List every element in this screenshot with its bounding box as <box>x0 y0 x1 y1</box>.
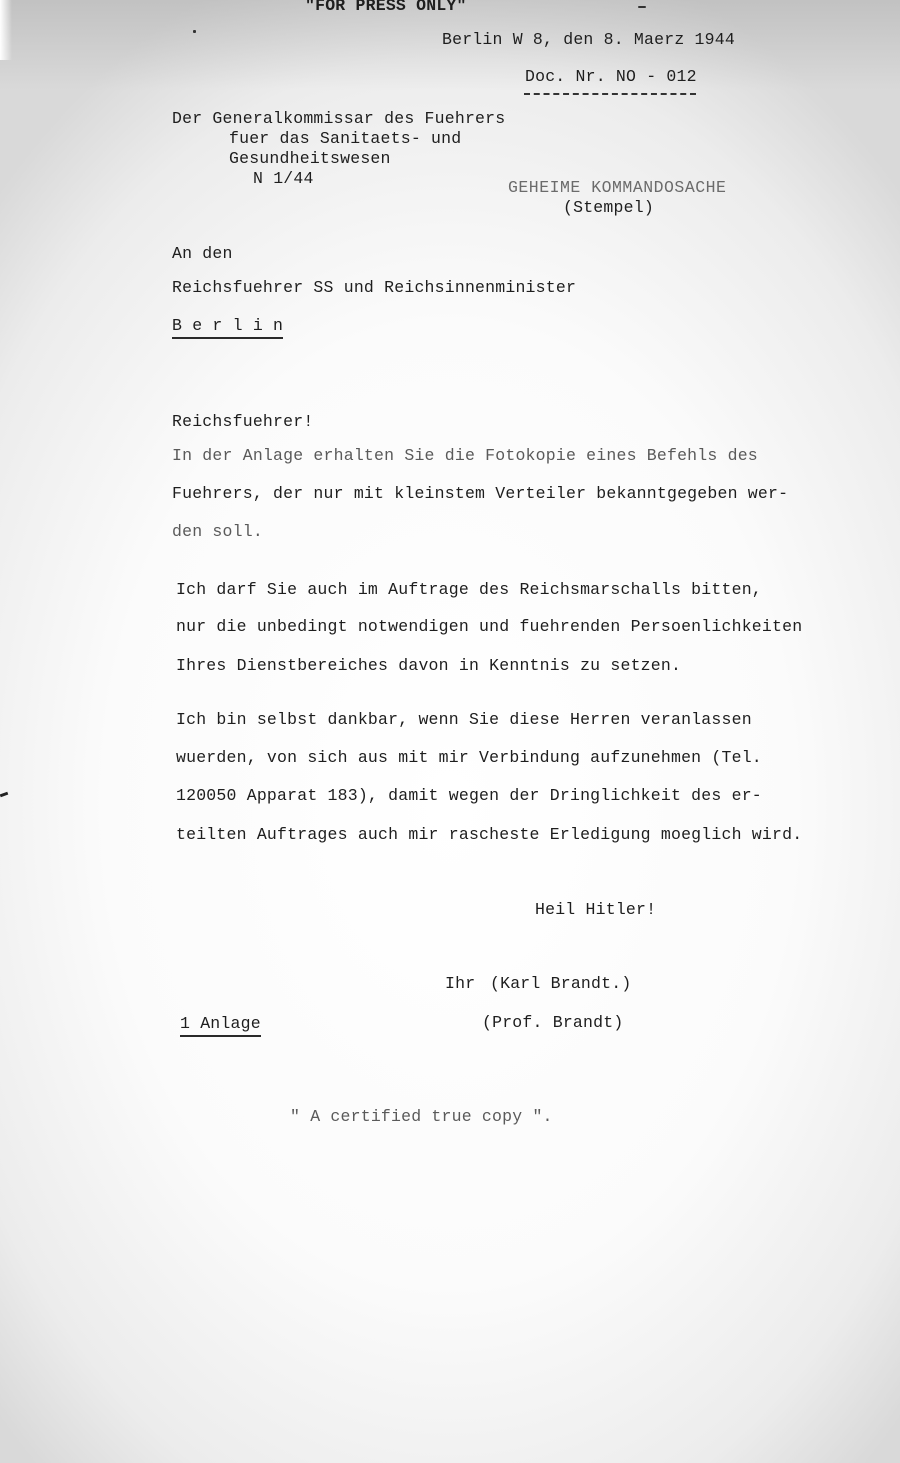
paragraph-1-line-3: den soll. <box>172 522 263 542</box>
enclosure-note: 1 Anlage <box>180 1014 261 1037</box>
paragraph-1-line-1: In der Anlage erhalten Sie die Fotokopie… <box>172 446 758 466</box>
paragraph-2-line-1: Ich darf Sie auch im Auftrage des Reichs… <box>176 580 762 600</box>
sender-line-1: Der Generalkommissar des Fuehrers <box>172 109 505 129</box>
certification-note: " A certified true copy ". <box>290 1107 553 1127</box>
paragraph-3-line-2: wuerden, von sich aus mit mir Verbindung… <box>176 748 762 768</box>
closing-greeting: Heil Hitler! <box>535 900 656 920</box>
paragraph-1-line-2: Fuehrers, der nur mit kleinstem Verteile… <box>172 484 788 504</box>
scan-edge-mark <box>0 792 8 798</box>
sender-line-2: fuer das Sanitaets- und <box>229 129 461 149</box>
signatory-title: (Prof. Brandt) <box>482 1013 623 1033</box>
signature: (Karl Brandt.) <box>490 974 631 994</box>
paragraph-2-line-3: Ihres Dienstbereiches davon in Kenntnis … <box>176 656 681 676</box>
recipient-line-1: An den <box>172 244 233 264</box>
sender-line-3: Gesundheitswesen <box>229 149 391 169</box>
recipient-city: B e r l i n <box>172 316 283 339</box>
scan-speck <box>638 6 646 8</box>
signature-prefix: Ihr <box>445 974 475 994</box>
classification-stamp: GEHEIME KOMMANDOSACHE <box>508 178 726 198</box>
sender-reference: N 1/44 <box>253 169 314 189</box>
classification-note: (Stempel) <box>563 198 654 218</box>
paragraph-3-line-3: 120050 Apparat 183), damit wegen der Dri… <box>176 786 762 806</box>
paragraph-3-line-4: teilten Auftrages auch mir rascheste Erl… <box>176 825 802 845</box>
doc-number: Doc. Nr. NO - 012 <box>525 67 697 87</box>
paragraph-2-line-2: nur die unbedingt notwendigen und fuehre… <box>176 617 802 637</box>
salutation: Reichsfuehrer! <box>172 412 313 432</box>
scan-speck <box>193 30 196 33</box>
place-date: Berlin W 8, den 8. Maerz 1944 <box>442 30 735 50</box>
recipient-line-2: Reichsfuehrer SS und Reichsinnenminister <box>172 278 576 298</box>
doc-number-underline <box>524 93 696 95</box>
paragraph-3-line-1: Ich bin selbst dankbar, wenn Sie diese H… <box>176 710 752 730</box>
press-note: "FOR PRESS ONLY" <box>305 0 467 16</box>
document-page: "FOR PRESS ONLY" Berlin W 8, den 8. Maer… <box>0 0 900 1463</box>
